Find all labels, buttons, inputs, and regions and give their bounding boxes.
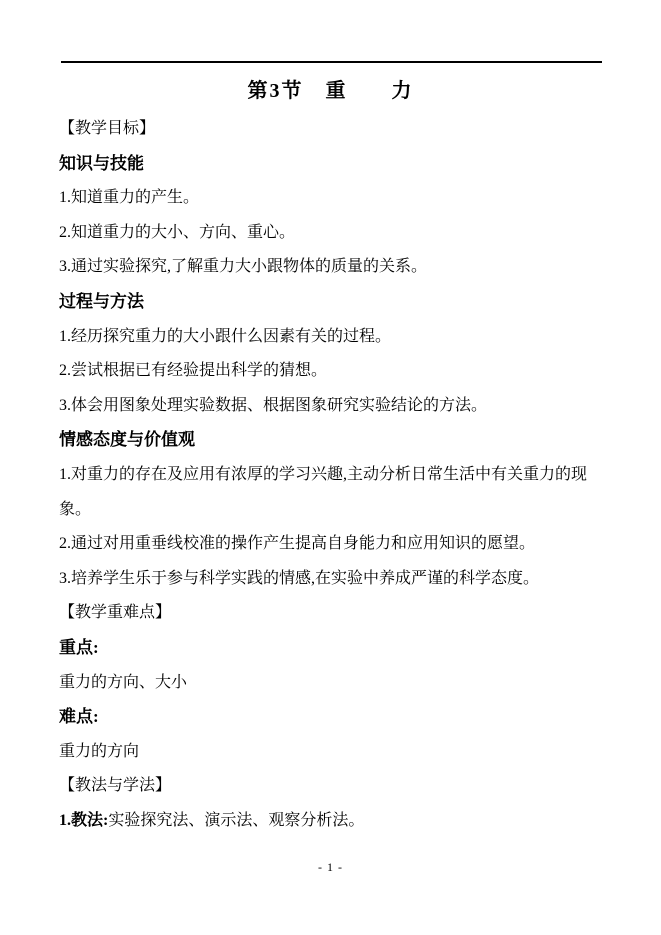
document-body: 【教学目标】 知识与技能 1.知道重力的产生。 2.知道重力的大小、方向、重心。… — [59, 112, 605, 838]
list-item-attitude-3: 3.培养学生乐于参与科学实践的情感,在实验中养成严谨的科学态度。 — [59, 562, 605, 597]
list-item-attitude-2: 2.通过对用重垂线校准的操作产生提高自身能力和应用知识的愿望。 — [59, 527, 605, 562]
list-item-teaching-method: 1.教法:实验探究法、演示法、观察分析法。 — [59, 804, 605, 839]
document-page: 第3节 重 力 【教学目标】 知识与技能 1.知道重力的产生。 2.知道重力的大… — [0, 0, 661, 935]
page-number: - 1 - — [0, 860, 661, 875]
subheading-key-point: 重点: — [59, 631, 605, 666]
list-item-process-3: 3.体会用图象处理实验数据、根据图象研究实验结论的方法。 — [59, 389, 605, 424]
list-item-attitude-1: 1.对重力的存在及应用有浓厚的学习兴趣,主动分析日常生活中有关重力的现象。 — [59, 458, 605, 527]
header-rule — [61, 61, 602, 63]
list-item-knowledge-1: 1.知道重力的产生。 — [59, 181, 605, 216]
difficult-point-text: 重力的方向 — [59, 735, 605, 770]
teaching-method-label: 1.教法: — [59, 812, 108, 829]
list-item-process-1: 1.经历探究重力的大小跟什么因素有关的过程。 — [59, 320, 605, 355]
section-heading-teaching-learning-methods: 【教法与学法】 — [59, 769, 605, 804]
key-point-text: 重力的方向、大小 — [59, 666, 605, 701]
teaching-method-text: 实验探究法、演示法、观察分析法。 — [108, 812, 364, 829]
list-item-process-2: 2.尝试根据已有经验提出科学的猜想。 — [59, 354, 605, 389]
document-title: 第3节 重 力 — [0, 76, 661, 106]
list-item-knowledge-2: 2.知道重力的大小、方向、重心。 — [59, 216, 605, 251]
subheading-process-methods: 过程与方法 — [59, 285, 605, 320]
subheading-difficult-point: 难点: — [59, 700, 605, 735]
section-heading-teaching-objectives: 【教学目标】 — [59, 112, 605, 147]
subheading-knowledge-skills: 知识与技能 — [59, 147, 605, 182]
subheading-attitude-values: 情感态度与价值观 — [59, 423, 605, 458]
section-heading-key-difficult-points: 【教学重难点】 — [59, 596, 605, 631]
list-item-knowledge-3: 3.通过实验探究,了解重力大小跟物体的质量的关系。 — [59, 250, 605, 285]
